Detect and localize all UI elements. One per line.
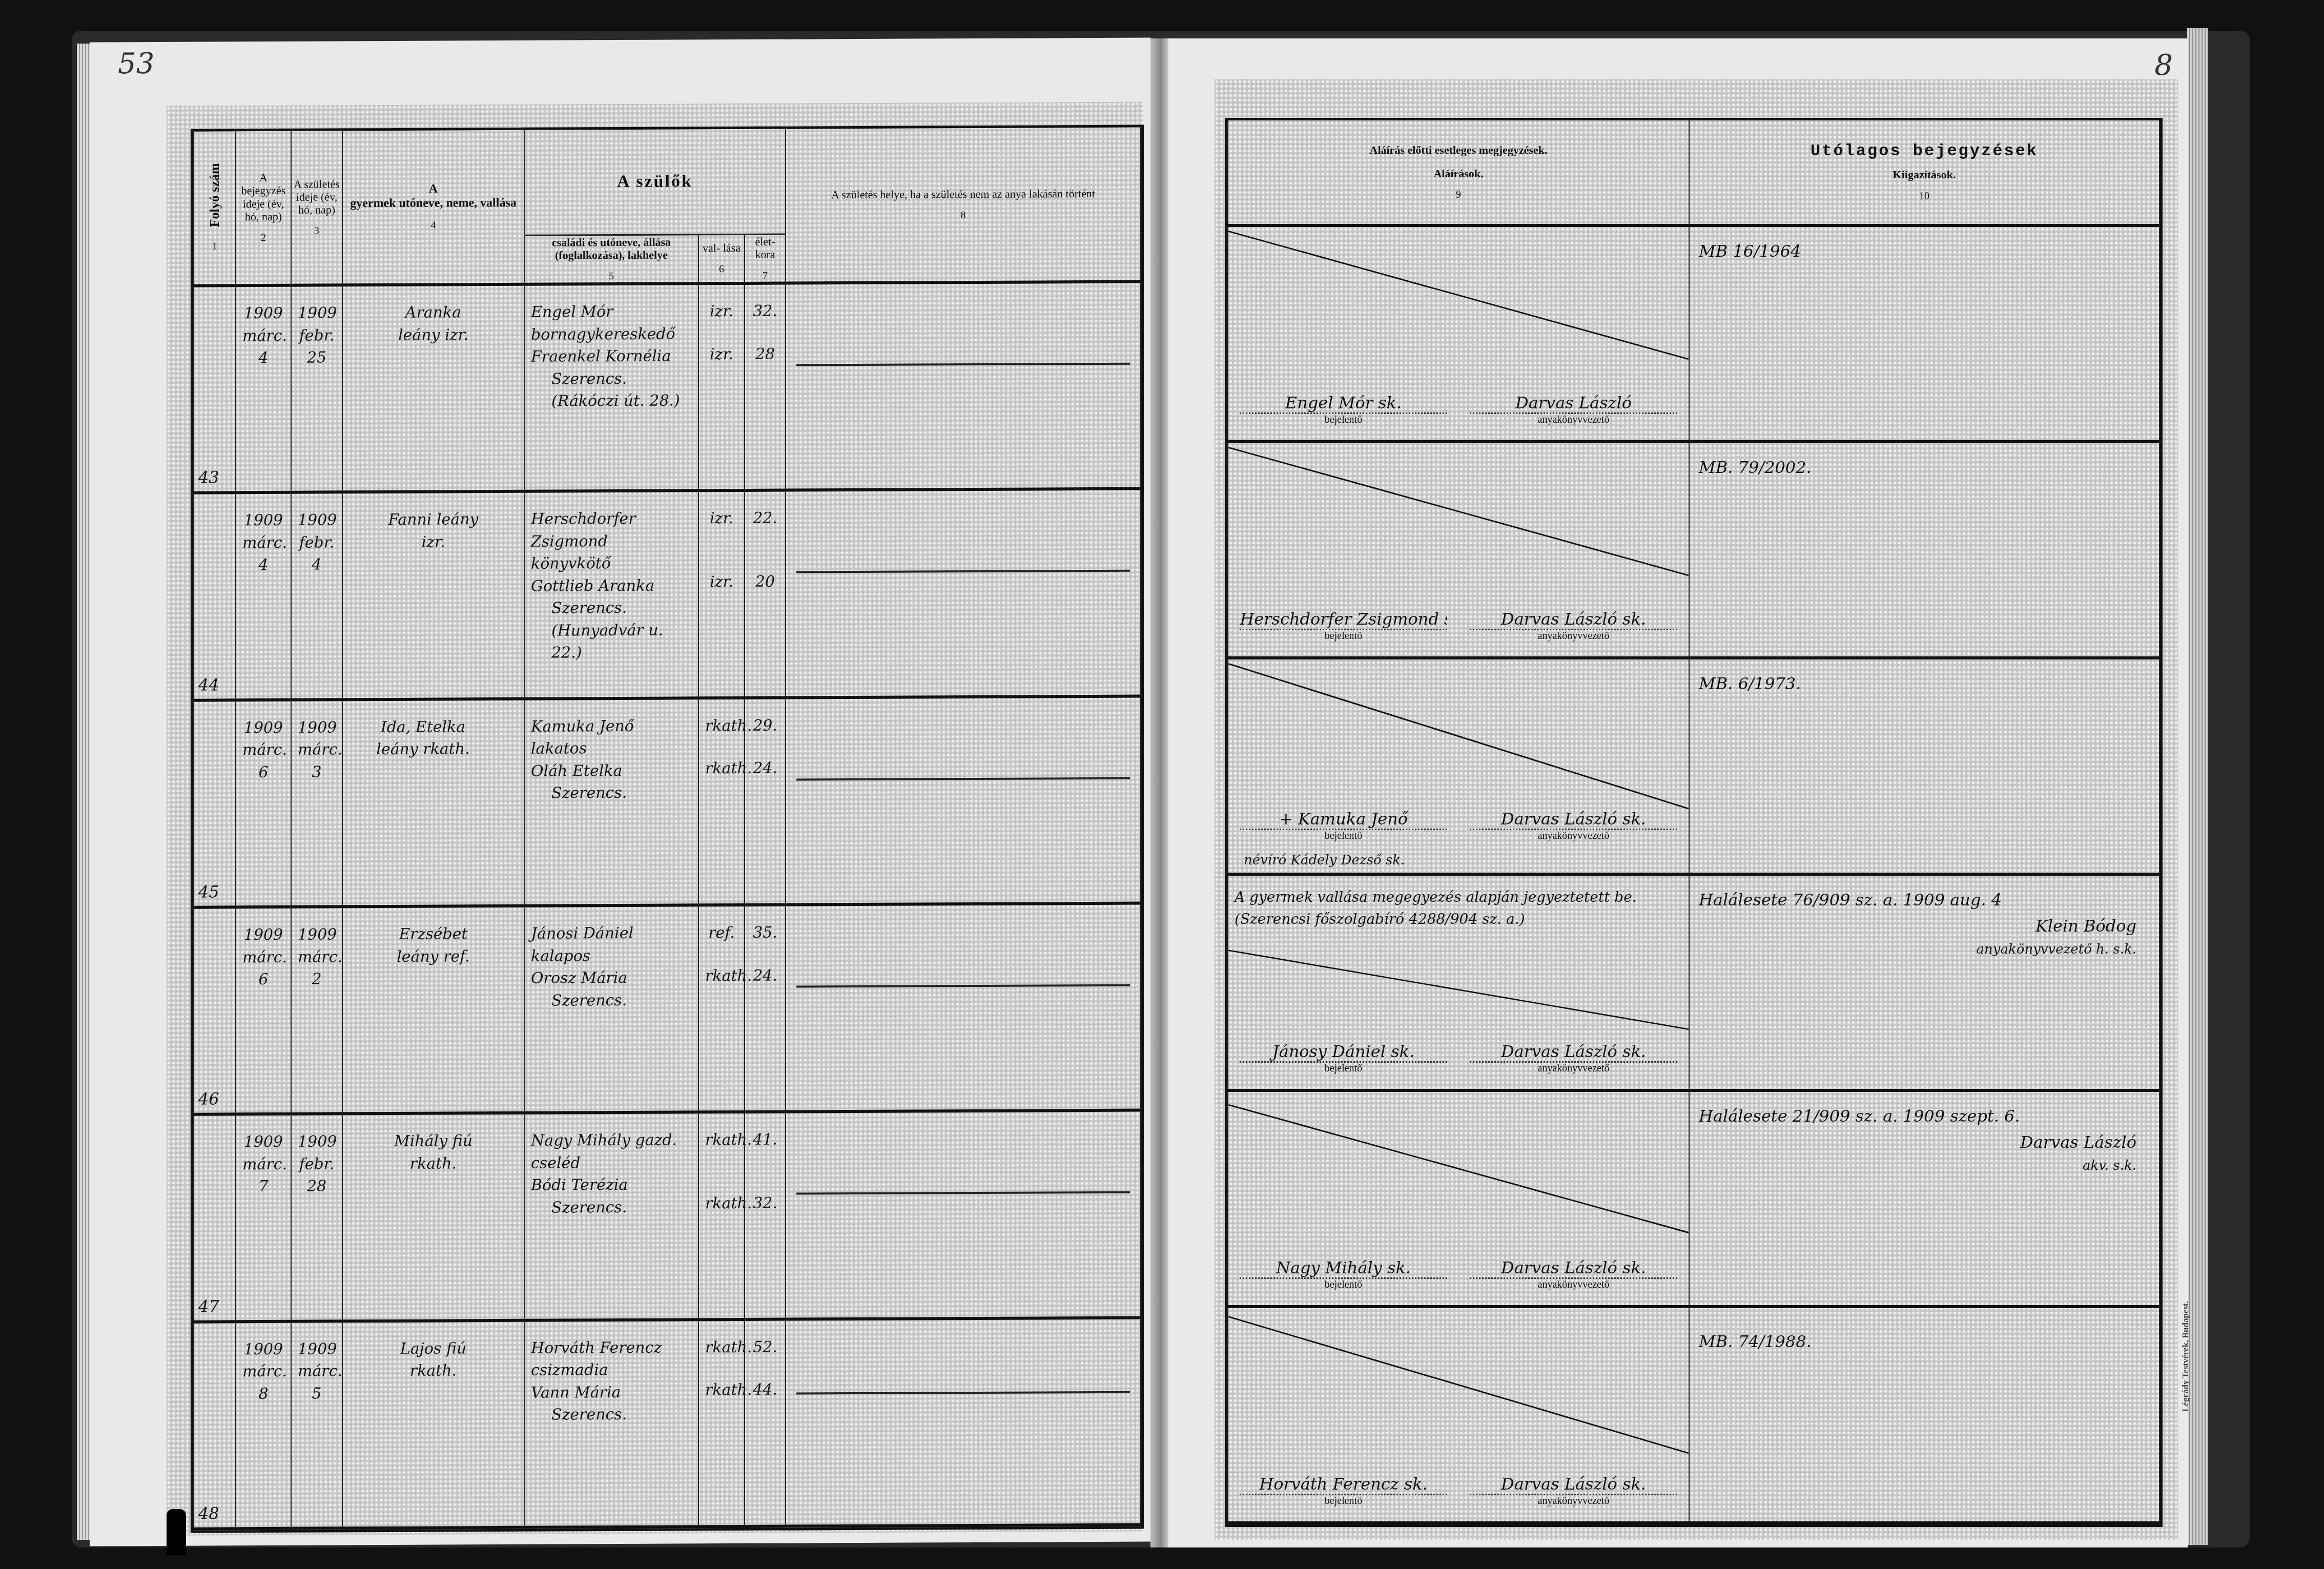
register-row: 44 1909 márc. 4 1909 febr. 4 Fanni leány… (194, 489, 1141, 700)
reporter-signature: Engel Mór sk.bejelentő (1240, 393, 1447, 426)
later-entry: MB. 74/1988. (1689, 1307, 2160, 1523)
reporter-signature: Nagy Mihály sk.bejelentő (1240, 1258, 1447, 1291)
header-parents: A szülők (524, 129, 786, 235)
pen-tip (167, 1509, 186, 1555)
header-remarks-signatures: Aláírás előtti esetleges megjegyzések. A… (1228, 120, 1689, 225)
later-entry: MB. 6/1973. (1689, 658, 2160, 874)
signature-row: Herschdorfer Zsigmond sk.bejelentő Darva… (1228, 442, 2160, 658)
later-entry: MB 16/1964 (1689, 225, 2160, 442)
header-child: Agyermek utóneve, neme, vallása4 (342, 130, 524, 285)
reporter-signature: Herschdorfer Zsigmond sk.bejelentő (1240, 609, 1447, 642)
later-entry: Halálesete 76/909 sz. a. 1909 aug. 4 Kle… (1689, 874, 2160, 1090)
register-row: 43 1909 márc. 4 1909 febr. 25 Aranka leá… (194, 282, 1141, 493)
registrar-signature: Darvas László sk.anyakönyvvezető (1470, 1474, 1677, 1507)
registrar-signature: Darvas László sk.anyakönyvvezető (1470, 1042, 1677, 1075)
header-birthplace: A születés helye, ha a születés nem az a… (786, 128, 1141, 283)
later-entry: Halálesete 21/909 sz. a. 1909 szept. 6. … (1689, 1090, 2160, 1307)
registrar-signature: Darvas Lászlóanyakönyvvezető (1470, 393, 1677, 426)
printer-imprint: Légrády Testvérek, Budapest. (2181, 1301, 2191, 1412)
right-page: 8 Aláírás előtti esetleges megjegyzések.… (1168, 38, 2188, 1547)
reporter-signature: Jánosy Dániel sk.bejelentő (1240, 1042, 1447, 1075)
registrar-signature: Darvas László sk.anyakönyvvezető (1470, 809, 1677, 842)
left-page: 53 Folyó szám1 A bejegyzés ideje (év, hó… (90, 37, 1150, 1546)
signature-row: + Kamuka Jenőbejelentő Darvas László sk.… (1228, 658, 2160, 874)
header-age: élet- kora7 (745, 234, 786, 283)
signature-row: Nagy Mihály sk.bejelentő Darvas László s… (1228, 1090, 2160, 1307)
signatures-table: Aláírás előtti esetleges megjegyzések. A… (1225, 118, 2163, 1527)
register-row: 46 1909 márc. 6 1909 márc. 2 Erzsébet le… (194, 903, 1141, 1114)
header-registration-date: A bejegyzés ideje (év, hó, nap)2 (236, 131, 291, 286)
birth-register-table: Folyó szám1 A bejegyzés ideje (év, hó, n… (191, 125, 1144, 1533)
signature-row: Horváth Ferencz sk.bejelentő Darvas Lász… (1228, 1307, 2160, 1523)
header-birth-date: A születés ideje (év, hó, nap)3 (291, 131, 342, 285)
right-page-number: 8 (2154, 49, 2173, 82)
register-row: 48 1909 márc. 8 1909 márc. 5 Lajos fiú r… (194, 1317, 1141, 1529)
signature-row: A gyermek vallása megegyezés alapján jeg… (1228, 874, 2160, 1090)
register-row: 45 1909 márc. 6 1909 márc. 3 Ida, Etelka… (194, 696, 1141, 907)
registrar-signature: Darvas László sk.anyakönyvvezető (1470, 609, 1677, 642)
reporter-signature: Horváth Ferencz sk.bejelentő (1240, 1474, 1447, 1507)
reporter-signature: + Kamuka Jenőbejelentő (1240, 809, 1447, 842)
later-entry: MB. 79/2002. (1689, 442, 2160, 658)
header-later-entries: Utólagos bejegyzések Kiigazítások. 10 (1689, 120, 2160, 225)
header-religion: val- lása6 (698, 234, 745, 283)
signature-row: Engel Mór sk.bejelentő Darvas Lászlóanya… (1228, 225, 2160, 442)
header-parent-name: családi és utóneve, állása (foglalkozása… (524, 234, 698, 284)
left-page-number: 53 (118, 47, 154, 80)
book-gutter (1150, 38, 1171, 1547)
register-row: 47 1909 márc. 7 1909 febr. 28 Mihály fiú… (194, 1110, 1141, 1322)
registrar-signature: Darvas László sk.anyakönyvvezető (1470, 1258, 1677, 1291)
header-serial-number: Folyó szám1 (194, 131, 236, 285)
scribe-note: névíró Kádely Dezső sk. (1244, 851, 1405, 871)
